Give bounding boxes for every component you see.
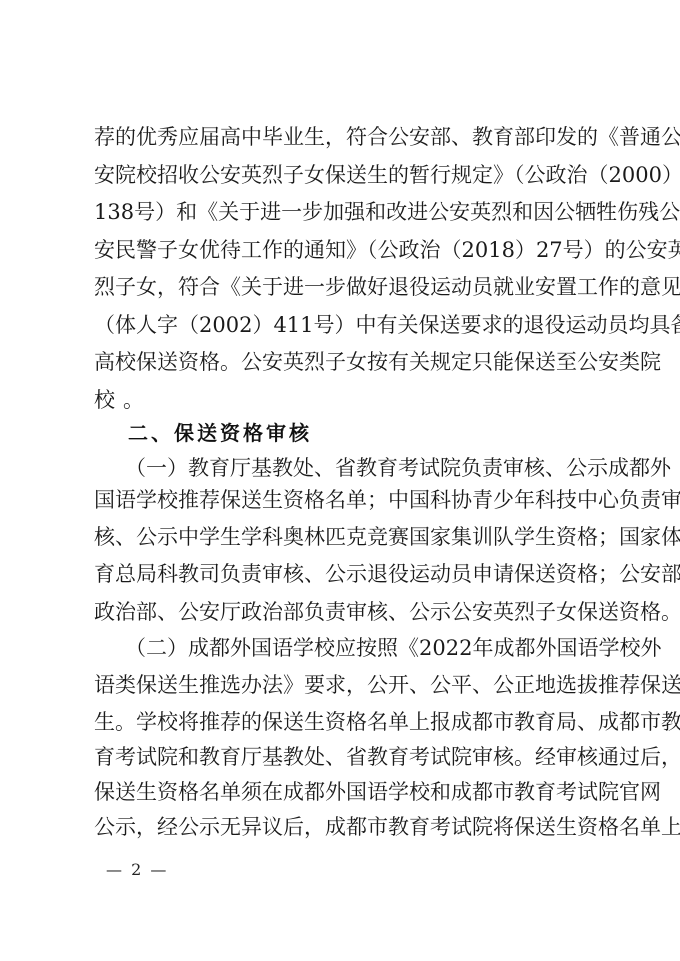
text-line: 安院校招收公安英烈子女保送生的暂行规定》（公政治（2000） [94, 160, 591, 190]
text-line: 国语学校推荐保送生资格名单；中国科协青少年科技中心负责审 [94, 485, 591, 515]
text-line: 保送生资格名单须在成都外国语学校和成都市教育考试院官网 [94, 777, 591, 807]
text-line: 高校保送资格。公安英烈子女按有关规定只能保送至公安类院 [94, 347, 591, 377]
text-line: 荐的优秀应届高中毕业生，符合公安部、教育部印发的《普通公 [94, 122, 591, 152]
text-line: 育总局科教司负责审核、公示退役运动员申请保送资格；公安部 [94, 559, 591, 589]
text-line: 安民警子女优待工作的通知》（公政治（2018）27号）的公安英 [94, 235, 591, 265]
text-line: 语类保送生推选办法》要求，公开、公平、公正地选拔推荐保送 [94, 670, 591, 700]
text-line: 公示，经公示无异议后，成都市教育考试院将保送生资格名单上 [94, 812, 591, 842]
document-page: 荐的优秀应届高中毕业生，符合公安部、教育部印发的《普通公 安院校招收公安英烈子女… [0, 0, 680, 961]
section-heading: 二、保送资格审核 [128, 418, 312, 448]
text-line: 138号）和《关于进一步加强和改进公安英烈和因公牺牲伤残公 [94, 197, 591, 227]
paragraph-first-line: （一）教育厅基教处、省教育考试院负责审核、公示成都外 [125, 453, 591, 483]
text-line: 政治部、公安厅政治部负责审核、公示公安英烈子女保送资格。 [94, 597, 591, 627]
text-line: 核、公示中学生学科奥林匹克竞赛国家集训队学生资格；国家体 [94, 522, 591, 552]
text-line: 烈子女，符合《关于进一步做好退役运动员就业安置工作的意见》 [94, 272, 591, 302]
text-line: 生。学校将推荐的保送生资格名单上报成都市教育局、成都市教 [94, 707, 591, 737]
text-line: （体人字（2002）411号）中有关保送要求的退役运动员均具备 [94, 310, 591, 340]
page-number: — 2 — [106, 858, 168, 882]
text-line: 育考试院和教育厅基教处、省教育考试院审核。经审核通过后， [94, 742, 591, 772]
text-line: 校。 [94, 385, 591, 415]
paragraph-first-line: （二）成都外国语学校应按照《2022年成都外国语学校外 [125, 633, 591, 663]
